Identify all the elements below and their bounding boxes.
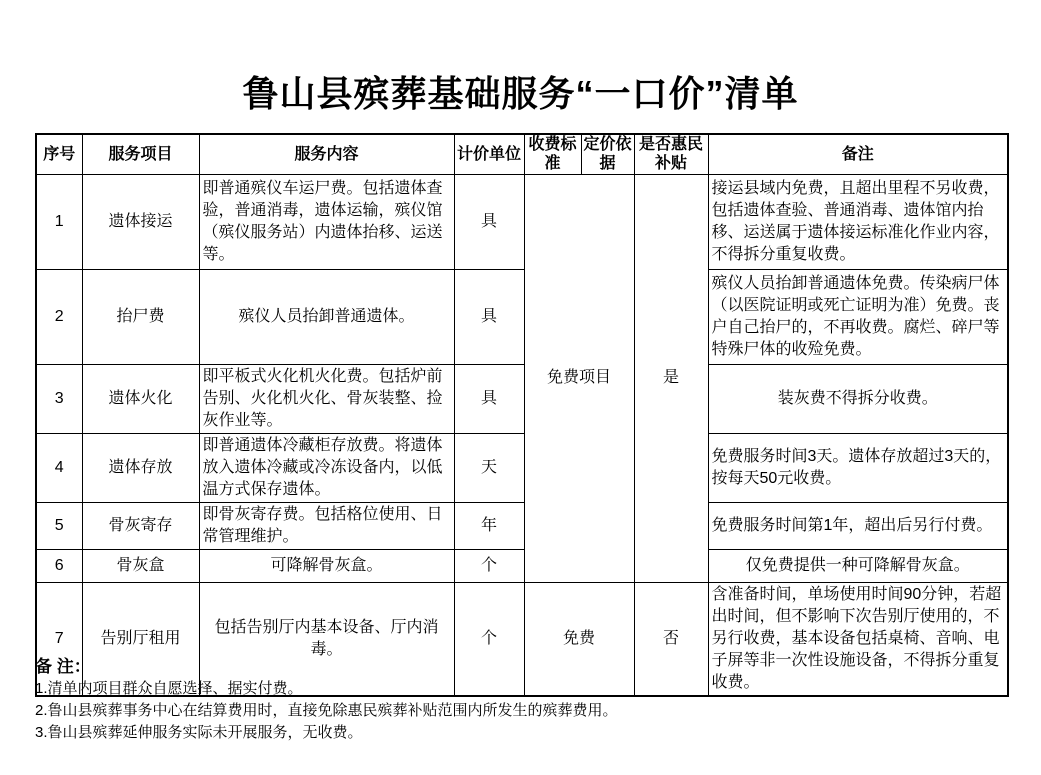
cell-remark: 装灰费不得拆分收费。 [708,364,1008,433]
table-row: 5 骨灰寄存 即骨灰寄存费。包括格位使用、日常管理维护。 年 免费服务时间第1年… [36,502,1008,549]
cell-no: 4 [36,433,82,502]
cell-remark: 仅免费提供一种可降解骨灰盒。 [708,549,1008,582]
footnotes-label: 备 注： [35,656,1005,678]
cell-remark: 殡仪人员抬卸普通遗体免费。传染病尸体（以医院证明或死亡证明为准）免费。丧户自己抬… [708,269,1008,364]
table-row: 4 遗体存放 即普通遗体冷藏柜存放费。将遗体放入遗体冷藏或冷冻设备内，以低温方式… [36,433,1008,502]
cell-unit: 天 [454,433,524,502]
merged-subsidy-cell: 是 [634,174,708,582]
cell-content: 可降解骨灰盒。 [199,549,454,582]
col-header-content: 服务内容 [199,134,454,174]
cell-item: 骨灰寄存 [82,502,199,549]
table-row: 3 遗体火化 即平板式火化机火化费。包括炉前告别、火化机火化、骨灰装整、捡灰作业… [36,364,1008,433]
cell-unit: 年 [454,502,524,549]
cell-remark: 免费服务时间3天。遗体存放超过3天的，按每天50元收费。 [708,433,1008,502]
table-row: 6 骨灰盒 可降解骨灰盒。 个 仅免费提供一种可降解骨灰盒。 [36,549,1008,582]
cell-unit: 个 [454,549,524,582]
col-header-fee: 收费标准 [524,134,581,174]
cell-content: 即普通遗体冷藏柜存放费。将遗体放入遗体冷藏或冷冻设备内，以低温方式保存遗体。 [199,433,454,502]
cell-unit: 具 [454,174,524,269]
footnote-item: 3.鲁山县殡葬延伸服务实际未开展服务，无收费。 [35,722,1005,744]
cell-item: 遗体接运 [82,174,199,269]
table-row: 2 抬尸费 殡仪人员抬卸普通遗体。 具 殡仪人员抬卸普通遗体免费。传染病尸体（以… [36,269,1008,364]
col-header-unit: 计价单位 [454,134,524,174]
cell-content: 即骨灰寄存费。包括格位使用、日常管理维护。 [199,502,454,549]
col-header-basis: 定价依据 [581,134,634,174]
merged-fee-cell: 免费项目 [524,174,634,582]
cell-remark: 免费服务时间第1年，超出后另行付费。 [708,502,1008,549]
footnote-item: 1.清单内项目群众自愿选择、据实付费。 [35,678,1005,700]
cell-no: 1 [36,174,82,269]
services-table: 序号 服务项目 服务内容 计价单位 收费标准 定价依据 是否惠民补贴 备注 1 … [35,133,1009,697]
col-header-item: 服务项目 [82,134,199,174]
cell-item: 抬尸费 [82,269,199,364]
cell-no: 2 [36,269,82,364]
cell-content: 即普通殡仪车运尸费。包括遗体查验，普通消毒，遗体运输，殡仪馆（殡仪服务站）内遗体… [199,174,454,269]
cell-content: 殡仪人员抬卸普通遗体。 [199,269,454,364]
page-title: 鲁山县殡葬基础服务“一口价”清单 [0,66,1041,117]
col-header-remark: 备注 [708,134,1008,174]
cell-remark: 接运县域内免费，且超出里程不另收费，包括遗体查验、普通消毒、遗体馆内抬移、运送属… [708,174,1008,269]
col-header-no: 序号 [36,134,82,174]
cell-item: 遗体存放 [82,433,199,502]
cell-no: 5 [36,502,82,549]
footnotes: 备 注： 1.清单内项目群众自愿选择、据实付费。 2.鲁山县殡葬事务中心在结算费… [35,656,1005,744]
cell-no: 6 [36,549,82,582]
table-row: 1 遗体接运 即普通殡仪车运尸费。包括遗体查验，普通消毒，遗体运输，殡仪馆（殡仪… [36,174,1008,269]
cell-unit: 具 [454,364,524,433]
cell-content: 即平板式火化机火化费。包括炉前告别、火化机火化、骨灰装整、捡灰作业等。 [199,364,454,433]
header-row: 序号 服务项目 服务内容 计价单位 收费标准 定价依据 是否惠民补贴 备注 [36,134,1008,174]
footnote-item: 2.鲁山县殡葬事务中心在结算费用时，直接免除惠民殡葬补贴范围内所发生的殡葬费用。 [35,700,1005,722]
cell-item: 骨灰盒 [82,549,199,582]
cell-item: 遗体火化 [82,364,199,433]
col-header-subsidy: 是否惠民补贴 [634,134,708,174]
cell-unit: 具 [454,269,524,364]
cell-no: 3 [36,364,82,433]
